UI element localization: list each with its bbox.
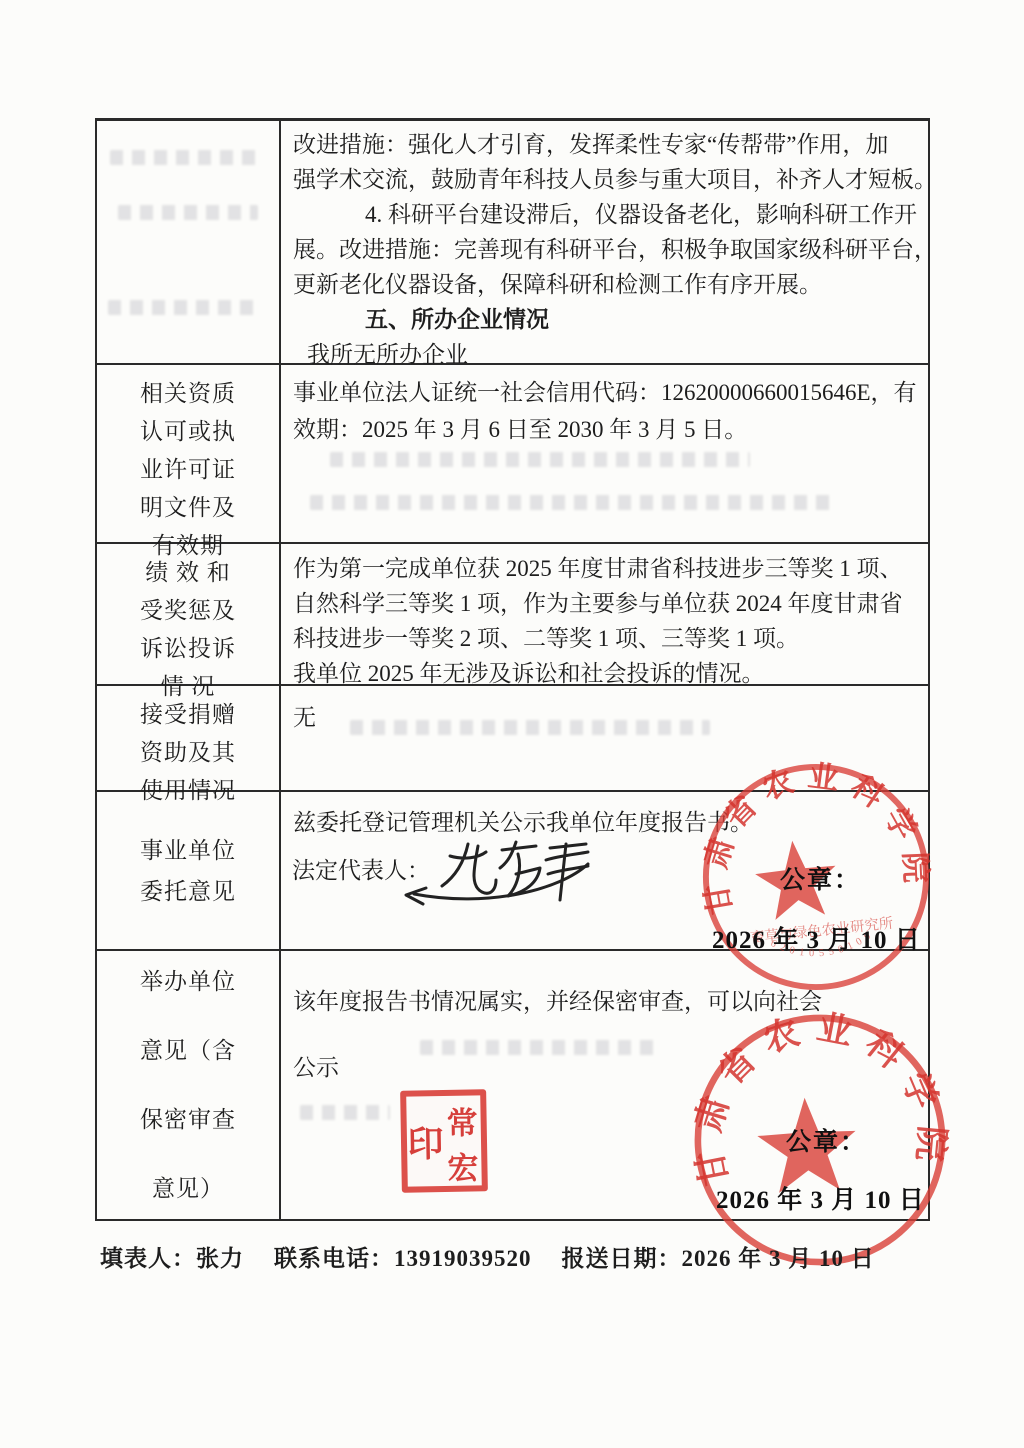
personal-name-seal: 印 常 宏 (400, 1089, 488, 1192)
label-line: 事业单位 (140, 830, 236, 871)
label-line: 诉讼投诉 (140, 630, 236, 668)
contact-phone: 联系电话：13919039520 (274, 1240, 532, 1273)
seal-caption: 公章： (780, 860, 861, 896)
name-seal-char: 印 (406, 1096, 445, 1187)
row-label-performance: 绩 效 和 受奖惩及 诉讼投诉 情 况 (97, 544, 281, 684)
signature-char-2 (500, 842, 540, 896)
text-line: 更新老化仪器设备，保障科研和检测工作有序开展。 (293, 267, 937, 302)
label-line: 意见） (152, 1154, 224, 1223)
text-line: 展。改进措施：完善现有科研平台，积极争取国家级科研平台， (293, 232, 937, 267)
text-line: 事业单位法人证统一社会信用代码：12620000660015646E，有 (293, 374, 924, 411)
seal-date: 2026 年 3 月 10 日 (716, 1180, 925, 1216)
scanned-report-page: 改进措施：强化人才引育，发挥柔性专家“传帮带”作用，加 强学术交流，鼓励青年科技… (0, 0, 1024, 1448)
label-line: 认可或执 (140, 413, 236, 451)
bleed-through-artifact (118, 205, 258, 220)
label-line: 委托意见 (140, 871, 236, 912)
signature-char-1 (442, 844, 496, 893)
signature-char-3 (546, 844, 588, 900)
name-seal-char: 常 (446, 1097, 478, 1143)
legal-representative-signature (392, 838, 592, 910)
label-line: 保密审查 (140, 1085, 236, 1154)
bleed-through-artifact (310, 495, 830, 510)
text-line: 效期：2025 年 3 月 6 日至 2030 年 3 月 5 日。 (293, 411, 924, 448)
section-heading: 五、所办企业情况 (293, 302, 937, 337)
text-line: 作为第一完成单位获 2025 年度甘肃省科技进步三等奖 1 项、 (293, 551, 924, 586)
performance-text: 作为第一完成单位获 2025 年度甘肃省科技进步三等奖 1 项、 自然科学三等奖… (281, 544, 928, 684)
label-line: 受奖惩及 (140, 592, 236, 630)
label-line: 接受捐赠 (140, 696, 236, 734)
label-line: 明文件及 (140, 489, 236, 527)
submit-date: 报送日期：2026 年 3 月 10 日 (562, 1240, 875, 1273)
text-line: 科技进步一等奖 2 项、二等奖 1 项、三等奖 1 项。 (293, 621, 924, 656)
row-label-qualifications: 相关资质 认可或执 业许可证 明文件及 有效期 (97, 365, 281, 542)
label-line: 举办单位 (140, 947, 236, 1016)
label-line: 绩 效 和 (145, 554, 231, 592)
seal-caption: 公章： (786, 1122, 867, 1158)
label-line: 相关资质 (140, 375, 236, 413)
row-label-sponsor-opinion: 举办单位 意见（含 保密审查 意见） (97, 951, 281, 1219)
seal-date: 2026 年 3 月 10 日 (712, 920, 921, 956)
table-row: 绩 效 和 受奖惩及 诉讼投诉 情 况 作为第一完成单位获 2025 年度甘肃省… (97, 544, 928, 686)
text-line: 4. 科研平台建设滞后，仪器设备老化，影响科研工作开 (293, 197, 937, 232)
row-label-donations: 接受捐赠 资助及其 使用情况 (97, 686, 281, 790)
text-line: 改进措施：强化人才引育，发挥柔性专家“传帮带”作用，加 (293, 127, 937, 162)
name-seal-char: 宏 (447, 1142, 479, 1188)
bleed-through-artifact (300, 1105, 390, 1120)
text-line: 强学术交流，鼓励青年科技人员参与重大项目，补齐人才短板。 (293, 162, 937, 197)
label-line: 业许可证 (140, 451, 236, 489)
bleed-through-artifact (330, 452, 750, 467)
name-seal-column: 常 宏 (443, 1095, 482, 1186)
preparer-name: 填表人：张力 (100, 1240, 244, 1273)
row-label-entrust-opinion: 事业单位 委托意见 (97, 792, 281, 949)
improvement-measures-text: 改进措施：强化人才引育，发挥柔性专家“传帮带”作用，加 强学术交流，鼓励青年科技… (281, 121, 941, 363)
bleed-through-artifact (350, 720, 710, 735)
bleed-through-artifact (108, 300, 258, 315)
label-line: 意见（含 (140, 1016, 236, 1085)
footer-info-line: 填表人：张力 联系电话：13919039520 报送日期：2026 年 3 月 … (100, 1240, 875, 1273)
bleed-through-artifact (110, 150, 260, 165)
label-line: 资助及其 (140, 734, 236, 772)
text-line: 自然科学三等奖 1 项，作为主要参与单位获 2024 年度甘肃省 (293, 586, 924, 621)
bleed-through-artifact (420, 1040, 660, 1055)
